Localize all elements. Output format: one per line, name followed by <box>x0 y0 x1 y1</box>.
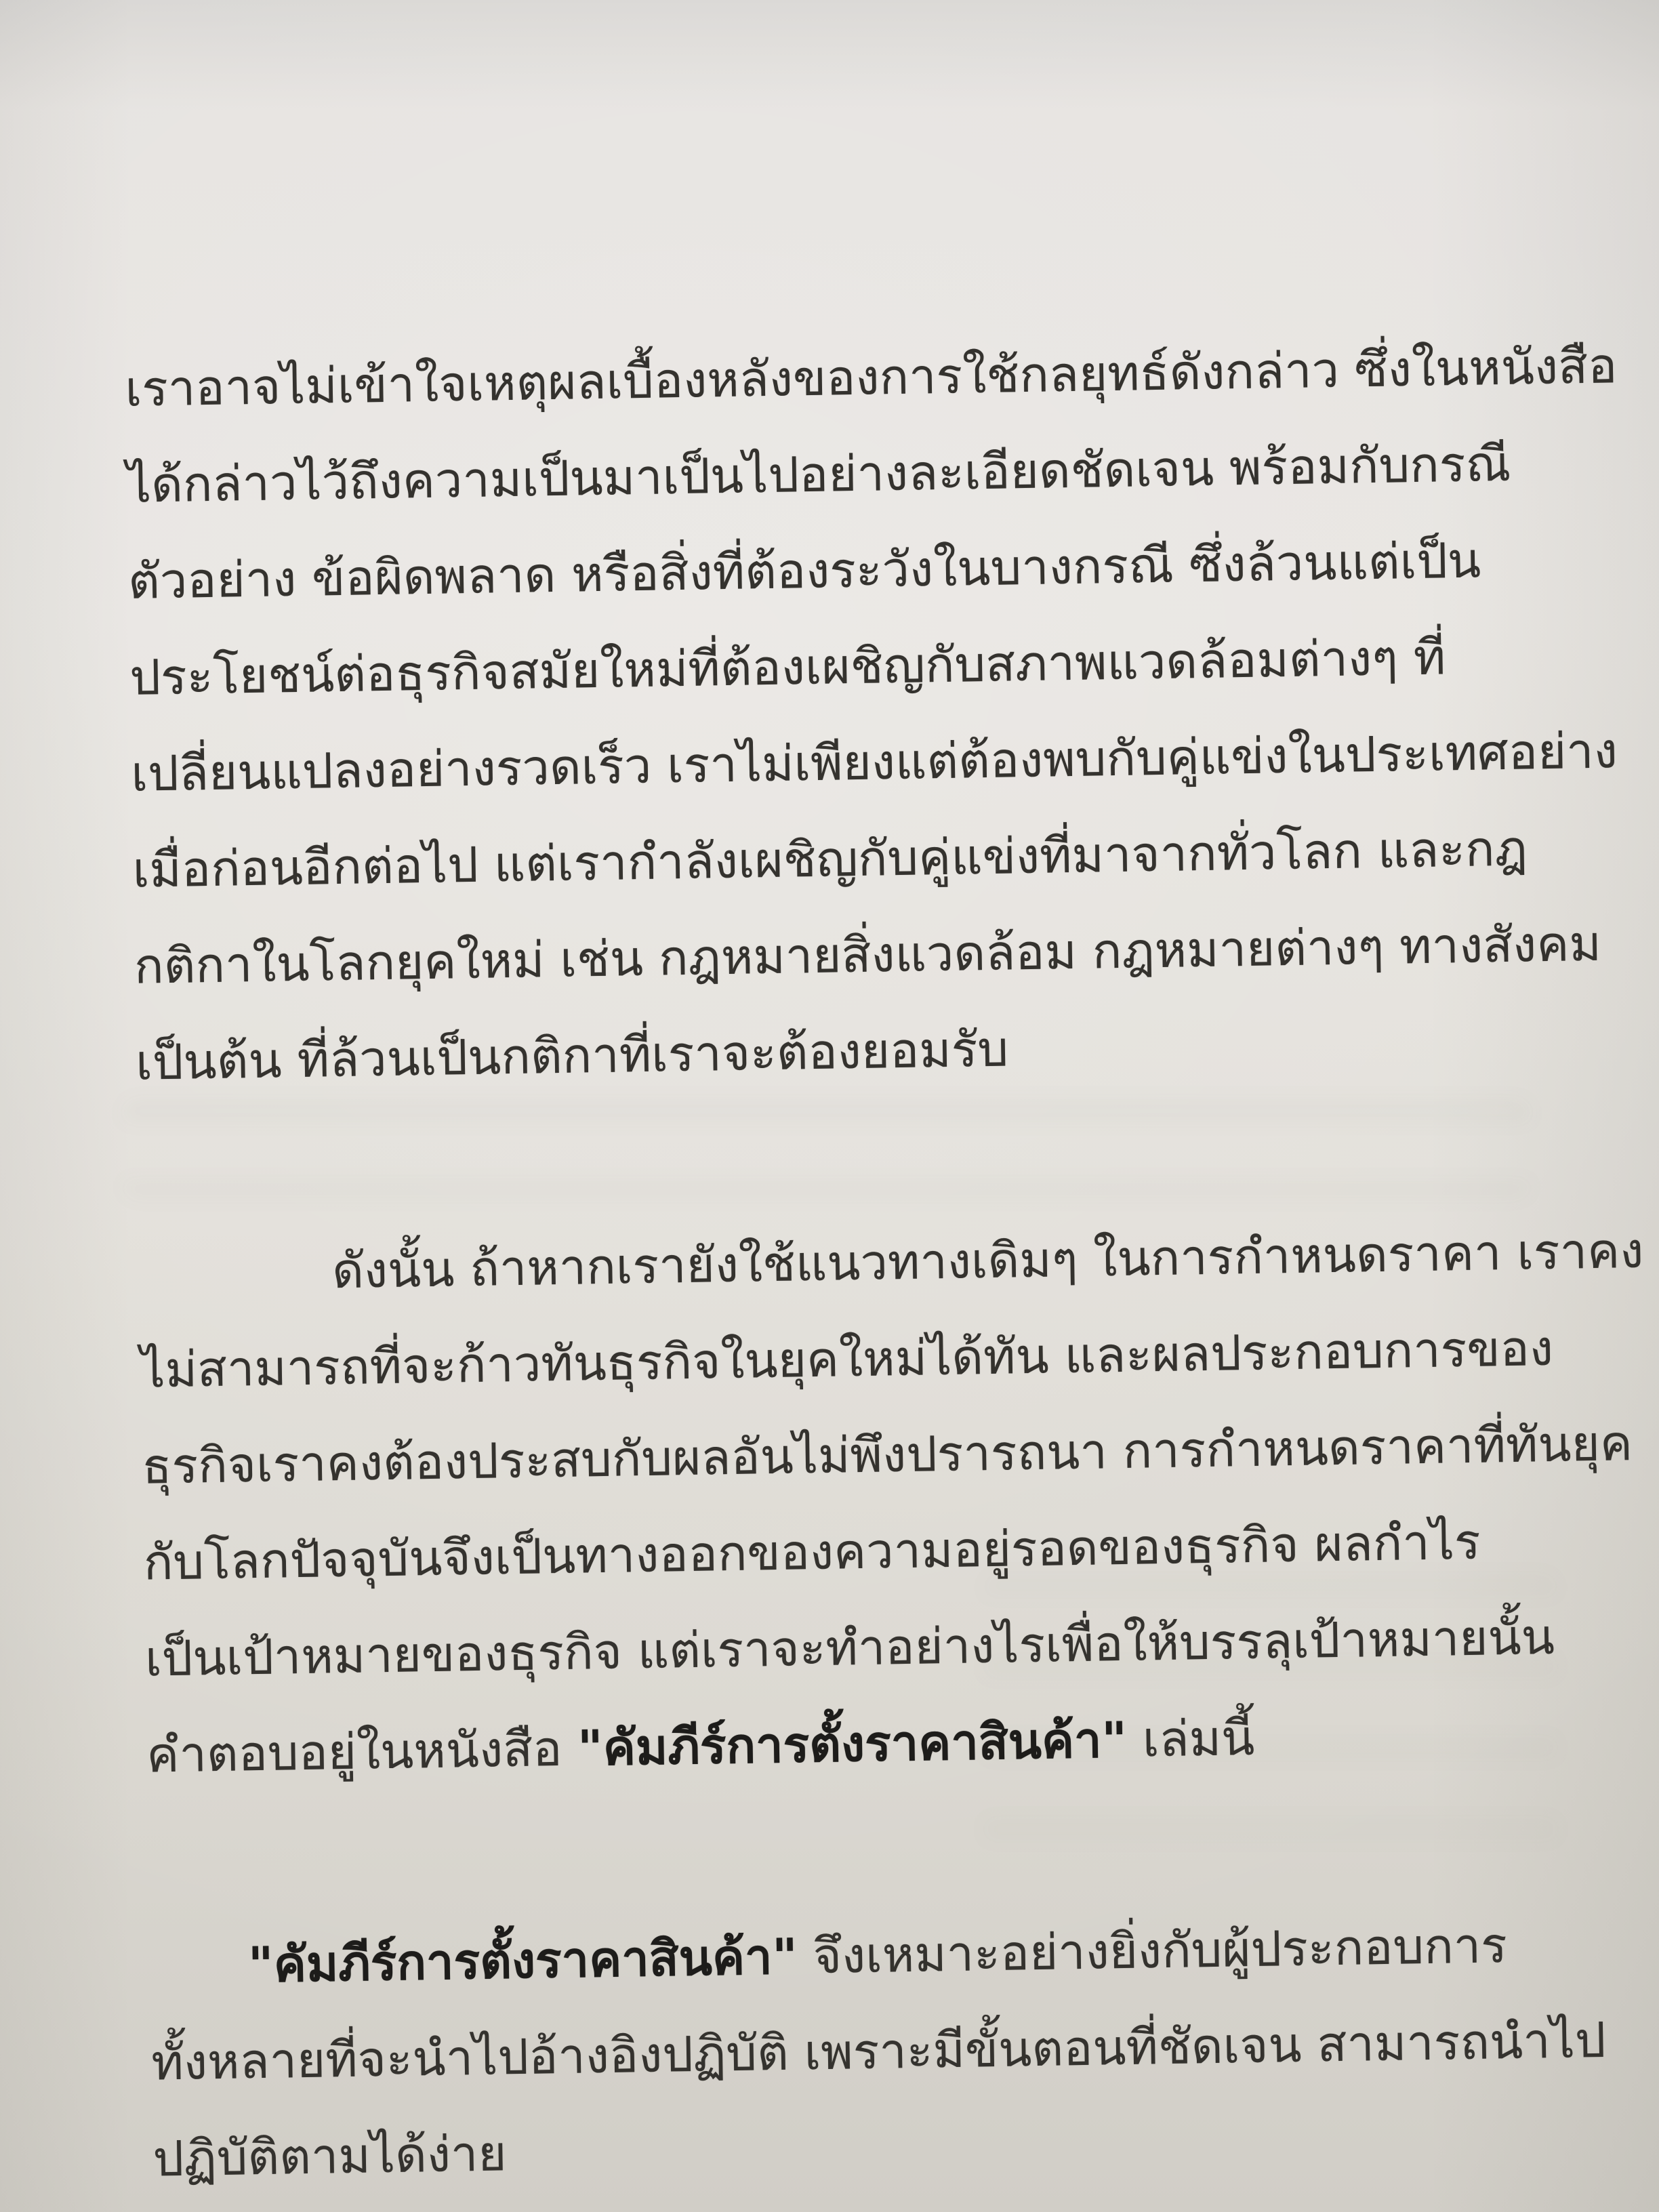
body-text: คำตอบอยู่ในหนังสือ <box>146 1720 578 1784</box>
body-text: เราอาจไม่เข้าใจเหตุผลเบื้องหลังของการใช้… <box>125 337 1618 417</box>
body-text: เล่มนี้ <box>1126 1709 1255 1768</box>
body-text: ได้กล่าวไว้ถึงความเป็นมาเป็นไปอย่างละเอี… <box>126 435 1511 514</box>
body-text: ธุรกิจเราคงต้องประสบกับผลอันไม่พึงปรารถน… <box>142 1414 1633 1495</box>
body-text: เป็นเป้าหมายของธุรกิจ แต่เราจะทำอย่างไรเ… <box>144 1608 1555 1687</box>
body-text: ดังนั้น ถ้าหากเรายังใช้แนวทางเดิมๆ ในการ… <box>331 1222 1644 1299</box>
paragraph: "คัมภีร์การตั้งราคาสินค้า" จึงเหมาะอย่าง… <box>149 1896 1597 2207</box>
body-text: จึงเหมาะอย่างยิ่งกับผู้ประกอบการ <box>797 1917 1507 1984</box>
paragraph: เราอาจไม่เข้าใจเหตุผลเบื้องหลังของการใช้… <box>125 318 1580 1110</box>
body-text: เปลี่ยนแปลงอย่างรวดเร็ว เราไม่เพียงแต่ต้… <box>131 722 1618 802</box>
body-text: กับโลกปัจจุบันจึงเป็นทางออกของความอยู่รอ… <box>143 1513 1481 1591</box>
body-text: ทั้งหลายที่จะนำไปอ้างอิงปฏิบัติ เพราะมีข… <box>151 2011 1606 2091</box>
body-text: เป็นต้น ที่ล้วนเป็นกติกาที่เราจะต้องยอมร… <box>136 1021 1009 1091</box>
body-text: ตัวอย่าง ข้อผิดพลาด หรือสิ่งที่ต้องระวัง… <box>127 532 1481 610</box>
body-text: ไม่สามารถที่จะก้าวทันธุรกิจในยุคใหม่ได้ท… <box>140 1319 1554 1399</box>
page-text: เราอาจไม่เข้าใจเหตุผลเบื้องหลังของการใช้… <box>125 318 1597 2207</box>
paragraph: ดังนั้น ถ้าหากเรายังใช้แนวทางเดิมๆ ในการ… <box>138 1203 1591 1803</box>
book-title-bold-text: "คัมภีร์การตั้งราคาสินค้า" <box>577 1711 1128 1777</box>
body-text: เมื่อก่อนอีกต่อไป แต่เรากำลังเผชิญกับคู่… <box>132 819 1528 898</box>
body-text: ประโยชน์ต่อธุรกิจสมัยใหม่ที่ต้องเผชิญกับ… <box>129 628 1446 705</box>
body-text: ปฏิบัติตามได้ง่าย <box>152 2125 507 2187</box>
body-text: กติกาในโลกยุคใหม่ เช่น กฎหมายสิ่งแวดล้อม… <box>134 915 1601 995</box>
book-title-bold-text: "คัมภีร์การตั้งราคาสินค้า" <box>248 1928 798 1994</box>
book-page-photo: เราอาจไม่เข้าใจเหตุผลเบื้องหลังของการใช้… <box>0 0 1659 2212</box>
